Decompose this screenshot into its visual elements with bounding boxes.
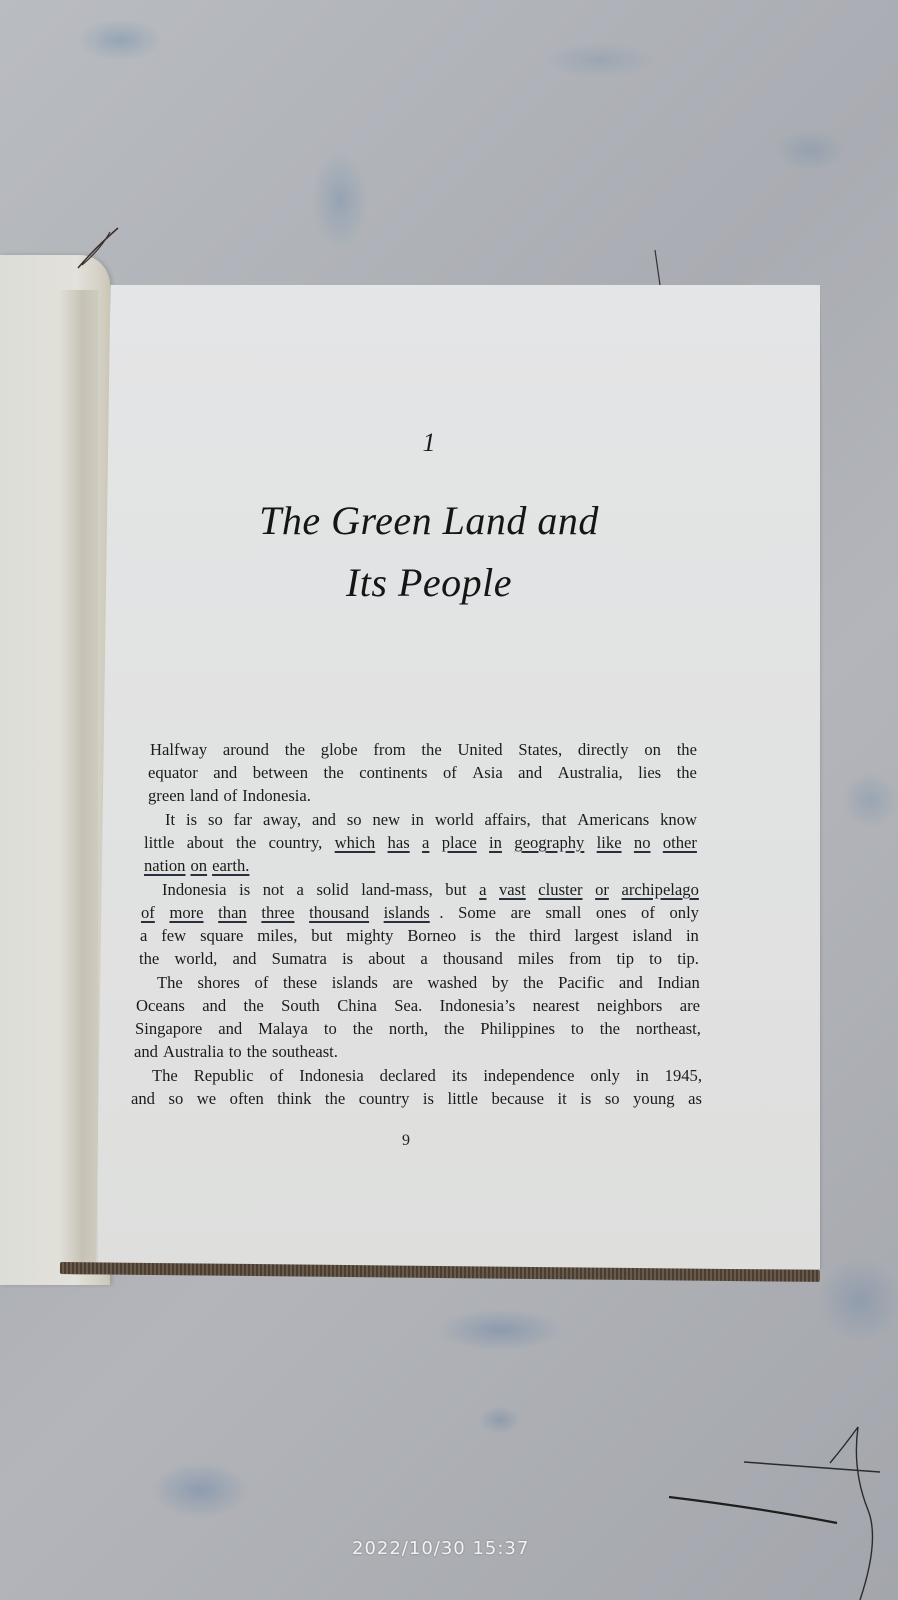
word: the — [247, 1042, 267, 1062]
chapter-title: The Green Land and Its People — [0, 490, 858, 614]
word: few — [161, 926, 186, 946]
underlined-word: thousand — [309, 903, 369, 923]
word: and — [218, 1019, 242, 1039]
word: and — [213, 763, 237, 783]
word: in — [686, 926, 699, 946]
word: Indonesia — [299, 1066, 364, 1086]
word: largest — [575, 926, 619, 946]
word: Republic — [194, 1066, 254, 1086]
text-line: TheRepublicofIndonesiadeclareditsindepen… — [152, 1066, 702, 1086]
word: washed — [427, 973, 477, 993]
text-line: Indonesiaisnotasolidland-mass,butavastcl… — [162, 880, 699, 900]
word: is — [342, 949, 353, 969]
word: so — [208, 810, 223, 830]
underlined-word: in — [489, 833, 502, 853]
word: to — [571, 1019, 584, 1039]
underlined-word: has — [388, 833, 410, 853]
underlined-word: islands — [384, 903, 430, 923]
word: the — [444, 1019, 464, 1039]
word: of — [255, 973, 269, 993]
underlined-word: cluster — [538, 880, 582, 900]
word: a — [140, 926, 147, 946]
underlined-word: no — [634, 833, 651, 853]
word: we — [197, 1089, 216, 1109]
chapter-title-line-1: The Green Land and — [0, 490, 858, 552]
word: Halfway — [150, 740, 207, 760]
text-line: greenlandofIndonesia. — [148, 786, 311, 806]
word: Australia, — [558, 763, 623, 783]
word: because — [491, 1089, 544, 1109]
underlined-word: than — [218, 903, 247, 923]
word: and — [312, 810, 336, 830]
word: thousand — [443, 949, 503, 969]
word: country — [359, 1089, 410, 1109]
word: are — [393, 973, 413, 993]
word: shores — [197, 973, 239, 993]
word: that — [542, 810, 567, 830]
text-line: HalfwayaroundtheglobefromtheUnitedStates… — [150, 740, 697, 760]
word: it — [557, 1089, 566, 1109]
chapter-title-line-2: Its People — [0, 552, 858, 614]
word: about — [187, 833, 224, 853]
word: Indonesia. — [242, 786, 311, 806]
word: but — [311, 926, 332, 946]
word: in — [411, 810, 424, 830]
text-line: theworld,andSumatraisaboutathousandmiles… — [139, 949, 699, 969]
word: and — [131, 1089, 155, 1109]
word: is — [470, 926, 481, 946]
text-line: OceansandtheSouthChinaSea.Indonesia’snea… — [136, 996, 700, 1016]
word: of — [270, 1066, 284, 1086]
underlined-word: nation — [144, 856, 185, 876]
word: the — [325, 1089, 345, 1109]
word: China — [337, 996, 377, 1016]
word: Singapore — [135, 1019, 202, 1039]
word: the — [139, 949, 159, 969]
underlined-word: geography — [514, 833, 584, 853]
word: world, — [174, 949, 217, 969]
underlined-word: of — [141, 903, 155, 923]
word: to — [649, 949, 662, 969]
word: Malaya — [258, 1019, 308, 1039]
word: equator — [148, 763, 198, 783]
word: so — [168, 1089, 183, 1109]
underlined-word: archipelago — [621, 880, 698, 900]
word: neighbors — [597, 996, 662, 1016]
word: land — [190, 786, 219, 806]
word: tip. — [677, 949, 699, 969]
word: mighty — [346, 926, 393, 946]
word: South — [281, 996, 320, 1016]
text-line: andAustraliatothesoutheast. — [134, 1042, 338, 1062]
word: lies — [638, 763, 661, 783]
word: between — [253, 763, 308, 783]
word: Sea. — [394, 996, 422, 1016]
word: far — [234, 810, 252, 830]
word: is — [239, 880, 250, 900]
word: tip — [616, 949, 634, 969]
word: States, — [518, 740, 562, 760]
word: the — [421, 740, 441, 760]
word: of — [443, 763, 457, 783]
word: It — [165, 810, 175, 830]
word: Some — [458, 903, 496, 923]
word: small — [545, 903, 581, 923]
word: the — [600, 1019, 620, 1039]
word: to — [229, 1042, 242, 1062]
word: the — [236, 833, 256, 853]
word: miles — [518, 949, 554, 969]
page-number: 9 — [402, 1132, 410, 1150]
word: north, — [389, 1019, 428, 1039]
word: of — [223, 786, 237, 806]
word: from — [373, 740, 405, 760]
word: ones — [596, 903, 626, 923]
word: from — [569, 949, 601, 969]
word: Oceans — [136, 996, 185, 1016]
word: island — [632, 926, 672, 946]
word: Indian — [657, 973, 699, 993]
word: only — [590, 1066, 620, 1086]
text-line: SingaporeandMalayatothenorth,thePhilippi… — [135, 1019, 701, 1039]
word: and — [518, 763, 542, 783]
word: only — [669, 903, 699, 923]
text-line: TheshoresoftheseislandsarewashedbythePac… — [157, 973, 700, 993]
word: Indonesia’s — [440, 996, 516, 1016]
word: the — [353, 1019, 373, 1039]
word: northeast, — [636, 1019, 701, 1039]
word: away, — [263, 810, 301, 830]
word: solid — [316, 880, 348, 900]
word: the — [323, 763, 343, 783]
word: in — [636, 1066, 649, 1086]
word: continents — [359, 763, 427, 783]
underlined-word: place — [442, 833, 477, 853]
underlined-word: more — [169, 903, 203, 923]
word: its — [452, 1066, 468, 1086]
word: to — [324, 1019, 337, 1039]
word: globe — [321, 740, 358, 760]
word: think — [277, 1089, 311, 1109]
word: the — [495, 926, 515, 946]
text-line: ofmorethanthreethousandislands.Somearesm… — [141, 903, 699, 923]
word: and — [202, 996, 226, 1016]
underlined-word: which — [335, 833, 376, 853]
word: Australia — [163, 1042, 224, 1062]
underlined-word: other — [663, 833, 697, 853]
word: by — [492, 973, 509, 993]
word: and — [619, 973, 643, 993]
word: not — [263, 880, 284, 900]
underlined-word: a — [479, 880, 486, 900]
word: . — [439, 903, 443, 923]
word: Indonesia — [162, 880, 227, 900]
word: affairs, — [484, 810, 530, 830]
word: Americans — [577, 810, 649, 830]
word: The — [152, 1066, 178, 1086]
underlined-word: a — [422, 833, 429, 853]
word: the — [677, 763, 697, 783]
text-line: Itissofaraway,andsonewinworldaffairs,tha… — [165, 810, 697, 830]
word: Pacific — [558, 973, 604, 993]
underlined-word: or — [595, 880, 609, 900]
word: so — [347, 810, 362, 830]
word: young — [633, 1089, 674, 1109]
word: third — [529, 926, 560, 946]
text-line: andsoweoftenthinkthecountryislittlebecau… — [131, 1089, 702, 1109]
word: a — [420, 949, 427, 969]
word: 1945, — [665, 1066, 702, 1086]
word: independence — [483, 1066, 574, 1086]
text-line: equatorandbetweenthecontinentsofAsiaandA… — [148, 763, 697, 783]
word: miles, — [257, 926, 297, 946]
word: a — [297, 880, 304, 900]
word: declared — [380, 1066, 436, 1086]
chapter-number: 1 — [0, 428, 858, 458]
word: but — [445, 880, 466, 900]
word: directly — [578, 740, 629, 760]
word: know — [660, 810, 697, 830]
word: so — [605, 1089, 620, 1109]
word: about — [368, 949, 405, 969]
word: are — [511, 903, 531, 923]
underlined-word: three — [261, 903, 294, 923]
word: the — [677, 740, 697, 760]
word: is — [423, 1089, 434, 1109]
word: little — [448, 1089, 478, 1109]
underlined-word: on — [190, 856, 207, 876]
word: are — [680, 996, 700, 1016]
word: world — [435, 810, 474, 830]
word: green — [148, 786, 185, 806]
book-page: 1 The Green Land and Its People Halfwaya… — [0, 0, 898, 1600]
word: the — [523, 973, 543, 993]
word: is — [186, 810, 197, 830]
word: the — [285, 740, 305, 760]
word: nearest — [533, 996, 580, 1016]
word: country, — [269, 833, 323, 853]
word: around — [223, 740, 269, 760]
word: and — [134, 1042, 158, 1062]
photo-timestamp: 2022/10/30 15:37 — [352, 1538, 529, 1559]
word: United — [457, 740, 502, 760]
word: Philippines — [480, 1019, 555, 1039]
word: islands — [332, 973, 378, 993]
underlined-word: vast — [499, 880, 526, 900]
word: is — [580, 1089, 591, 1109]
word: square — [200, 926, 243, 946]
word: Asia — [472, 763, 502, 783]
underlined-word: earth. — [212, 856, 249, 876]
word: these — [283, 973, 317, 993]
text-line: nationonearth. — [144, 856, 249, 876]
word: and — [232, 949, 256, 969]
word: often — [230, 1089, 264, 1109]
underlined-word: like — [597, 833, 622, 853]
word: the — [244, 996, 264, 1016]
word: on — [644, 740, 661, 760]
text-line: littleaboutthecountry,whichhasaplaceinge… — [144, 833, 697, 853]
word: Sumatra — [272, 949, 327, 969]
word: little — [144, 833, 174, 853]
word: as — [688, 1089, 702, 1109]
word: of — [641, 903, 655, 923]
word: land-mass, — [361, 880, 432, 900]
word: new — [372, 810, 400, 830]
text-line: afewsquaremiles,butmightyBorneoisthethir… — [140, 926, 699, 946]
word: Borneo — [407, 926, 456, 946]
word: The — [157, 973, 183, 993]
word: southeast. — [272, 1042, 338, 1062]
